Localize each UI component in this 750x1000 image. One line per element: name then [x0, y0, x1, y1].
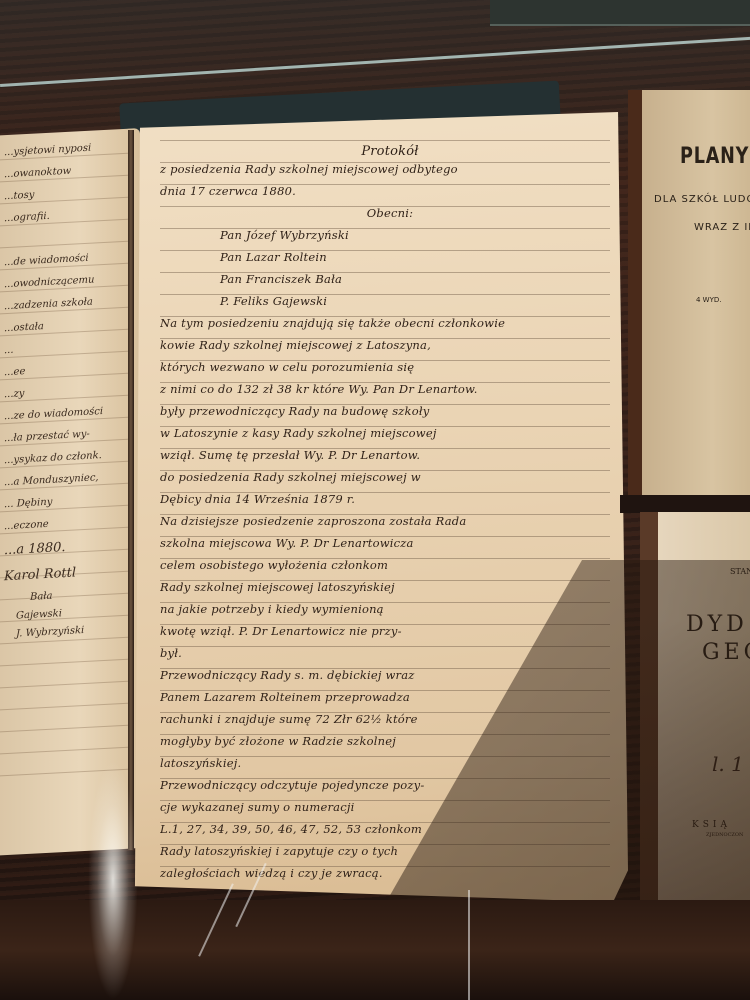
signature: Bała: [30, 591, 53, 603]
attendee: Pan Lazar Roltein: [160, 250, 680, 264]
signature: Gajewski: [16, 608, 62, 621]
protocol-line: wziął. Sumę tę przesłał Wy. P. Dr Lenart…: [160, 448, 620, 462]
protocol-line: Dębicy dnia 14 Września 1879 r.: [160, 492, 620, 506]
book1-subtitle2: WRAZ Z IN: [694, 222, 750, 233]
signature: Karol Rottl: [4, 565, 76, 584]
left-text-line: ...tosy: [4, 190, 34, 203]
attendee: Pan Józef Wybrzyński: [160, 228, 680, 242]
protocol-line: z posiedzenia Rady szkolnej miejscowej o…: [160, 162, 620, 176]
protocol-line: na jakie potrzeby i kiedy wymienioną: [160, 602, 620, 616]
left-text-line: ...zy: [4, 388, 24, 400]
protocol-line: były przewodniczący Rady na budowę szkoł…: [160, 404, 620, 418]
left-text-line: ...eczone: [4, 519, 49, 532]
light-glare: [88, 760, 138, 1000]
shelf-gap: [620, 495, 750, 513]
book-spine: [128, 130, 134, 850]
signature: J. Wybrzyński: [16, 625, 84, 640]
attendee: Pan Franciszek Bała: [160, 272, 680, 286]
protocol-line: których wezwano w celu porozumienia się: [160, 360, 620, 374]
book1-title: PLANY N: [680, 144, 750, 169]
attendee: P. Feliks Gajewski: [160, 294, 680, 308]
left-text-line: ...ee: [4, 366, 25, 378]
protocol-line: do posiedzenia Rady szkolnej miejscowej …: [160, 470, 620, 484]
left-text-line: ...ostała: [4, 321, 44, 334]
protocol-line: dnia 17 czerwca 1880.: [160, 184, 620, 198]
book-plany-nauki: PLANY N DLA SZKÓŁ LUDOW WRAZ Z IN 4 WYD.: [628, 90, 750, 495]
protocol-line: z nimi co do 132 zł 38 kr które Wy. Pan …: [160, 382, 620, 396]
protocol-line: w Latoszynie z kasy Rady szkolnej miejsc…: [160, 426, 620, 440]
back-book-edge: [490, 0, 750, 26]
left-date-line: ...a 1880.: [4, 540, 66, 558]
left-text-line: ...: [4, 345, 14, 357]
protocol-line: Rady szkolnej miejscowej latoszyńskiej: [160, 580, 620, 594]
protocol-title: Protokół: [160, 144, 620, 159]
protocol-line: celem osobistego wyłożenia członkom: [160, 558, 620, 572]
protocol-line: szkolna miejscowa Wy. P. Dr Lenartowicza: [160, 536, 620, 550]
book1-subtitle: DLA SZKÓŁ LUDOW: [654, 194, 750, 205]
left-book-page: ...ysjetowi nyposi ...owanoktow ...tosy …: [0, 128, 140, 856]
protocol-line: Na dzisiejsze posiedzenie zaproszona zos…: [160, 514, 620, 528]
protocol-line: Na tym posiedzeniu znajdują się także ob…: [160, 316, 620, 330]
glass-streak: [468, 890, 470, 1000]
protocol-line: Obecni:: [160, 206, 620, 220]
book1-edition: 4 WYD.: [696, 296, 722, 304]
protocol-line: kowie Rady szkolnej miejscowej z Latoszy…: [160, 338, 620, 352]
